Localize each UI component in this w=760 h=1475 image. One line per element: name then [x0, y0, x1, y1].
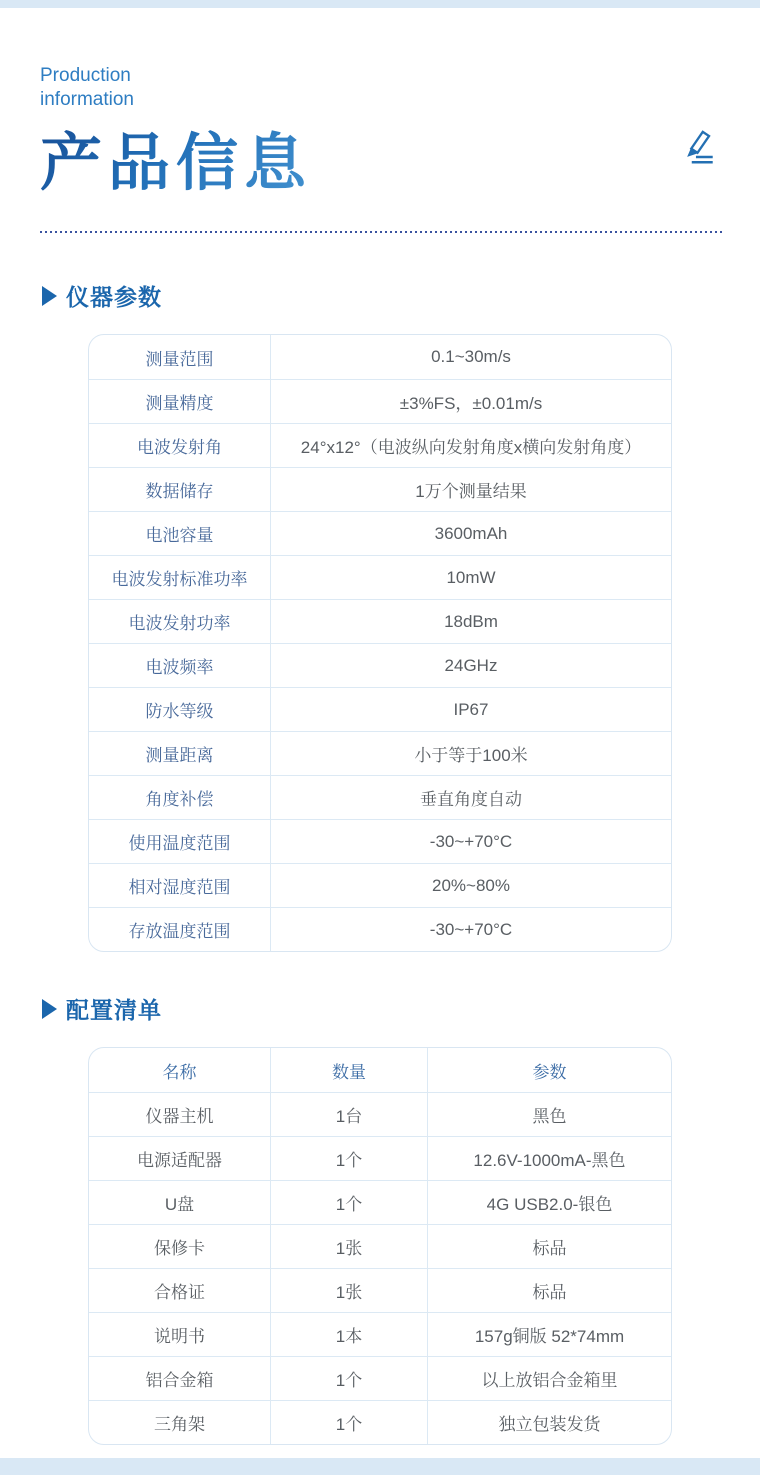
spec-label-cell: 数据储存 — [89, 468, 271, 511]
spec-value-cell: 1万个测量结果 — [271, 468, 671, 511]
config-param-cell: 157g铜版 52*74mm — [428, 1313, 671, 1356]
table-row: 电波发射标准功率10mW — [89, 555, 671, 599]
triangle-bullet-icon — [42, 286, 57, 306]
config-qty-cell: 1本 — [271, 1313, 428, 1356]
config-table-header-row: 名称 数量 参数 — [89, 1048, 671, 1092]
config-qty-cell: 1张 — [271, 1269, 428, 1312]
config-header-param: 参数 — [428, 1048, 671, 1092]
spec-label-cell: 测量范围 — [89, 335, 271, 379]
spec-label-cell: 电波发射角 — [89, 424, 271, 467]
config-qty-cell: 1张 — [271, 1225, 428, 1268]
table-row: 测量距离小于等于100米 — [89, 731, 671, 775]
config-name-cell: 说明书 — [89, 1313, 271, 1356]
spec-value-cell: 20%~80% — [271, 864, 671, 907]
spec-value-cell: ±3%FS，±0.01m/s — [271, 380, 671, 423]
table-row: 存放温度范围-30~+70°C — [89, 907, 671, 951]
config-qty-cell: 1个 — [271, 1357, 428, 1400]
spec-value-cell: 24GHz — [271, 644, 671, 687]
config-name-cell: 保修卡 — [89, 1225, 271, 1268]
table-row: 电池容量3600mAh — [89, 511, 671, 555]
spec-value-cell: 18dBm — [271, 600, 671, 643]
table-row: 电波频率24GHz — [89, 643, 671, 687]
config-param-cell: 4G USB2.0-银色 — [428, 1181, 671, 1224]
spec-label-cell: 电波频率 — [89, 644, 271, 687]
section-heading-config: 配置清单 — [42, 992, 720, 1025]
config-param-cell: 独立包装发货 — [428, 1401, 671, 1444]
table-row: 铝合金箱1个以上放铝合金箱里 — [89, 1356, 671, 1400]
config-name-cell: 铝合金箱 — [89, 1357, 271, 1400]
spec-value-cell: 3600mAh — [271, 512, 671, 555]
spec-value-cell: 24°x12°（电波纵向发射角度x横向发射角度） — [271, 424, 671, 467]
config-name-cell: 三角架 — [89, 1401, 271, 1444]
triangle-bullet-icon — [42, 999, 57, 1019]
table-row: 电波发射功率18dBm — [89, 599, 671, 643]
config-param-cell: 标品 — [428, 1225, 671, 1268]
section-heading-specs: 仪器参数 — [42, 279, 720, 312]
table-row: 使用温度范围-30~+70°C — [89, 819, 671, 863]
table-row: 说明书1本157g铜版 52*74mm — [89, 1312, 671, 1356]
spec-label-cell: 使用温度范围 — [89, 820, 271, 863]
config-header-qty: 数量 — [271, 1048, 428, 1092]
table-row: 防水等级IP67 — [89, 687, 671, 731]
spec-value-cell: 0.1~30m/s — [271, 335, 671, 379]
spec-value-cell: 小于等于100米 — [271, 732, 671, 775]
config-qty-cell: 1个 — [271, 1401, 428, 1444]
section-heading-label: 配置清单 — [66, 992, 162, 1025]
spec-label-cell: 电波发射功率 — [89, 600, 271, 643]
page-content: Production information 产品信息 仪器参数 测量范围0.1… — [0, 64, 760, 1445]
config-table: 名称 数量 参数 仪器主机1台黑色电源适配器1个12.6V-1000mA-黑色U… — [88, 1047, 672, 1445]
eyebrow-text: Production information — [40, 64, 720, 112]
dotted-divider — [40, 230, 722, 233]
spec-value-cell: IP67 — [271, 688, 671, 731]
table-row: 角度补偿垂直角度自动 — [89, 775, 671, 819]
spec-value-cell: -30~+70°C — [271, 908, 671, 951]
config-qty-cell: 1个 — [271, 1181, 428, 1224]
spec-label-cell: 测量距离 — [89, 732, 271, 775]
spec-label-cell: 相对湿度范围 — [89, 864, 271, 907]
spec-label-cell: 电池容量 — [89, 512, 271, 555]
config-param-cell: 以上放铝合金箱里 — [428, 1357, 671, 1400]
spec-table: 测量范围0.1~30m/s测量精度±3%FS，±0.01m/s电波发射角24°x… — [88, 334, 672, 952]
table-row: 保修卡1张标品 — [89, 1224, 671, 1268]
config-name-cell: 仪器主机 — [89, 1093, 271, 1136]
table-row: 三角架1个独立包装发货 — [89, 1400, 671, 1444]
spec-label-cell: 电波发射标准功率 — [89, 556, 271, 599]
pencil-edit-icon — [676, 124, 718, 168]
config-param-cell: 12.6V-1000mA-黑色 — [428, 1137, 671, 1180]
spec-value-cell: 10mW — [271, 556, 671, 599]
table-row: 电波发射角24°x12°（电波纵向发射角度x横向发射角度） — [89, 423, 671, 467]
config-param-cell: 标品 — [428, 1269, 671, 1312]
config-qty-cell: 1台 — [271, 1093, 428, 1136]
table-row: 电源适配器1个12.6V-1000mA-黑色 — [89, 1136, 671, 1180]
spec-label-cell: 角度补偿 — [89, 776, 271, 819]
top-accent-strip — [0, 0, 760, 8]
config-qty-cell: 1个 — [271, 1137, 428, 1180]
spec-value-cell: -30~+70°C — [271, 820, 671, 863]
spec-value-cell: 垂直角度自动 — [271, 776, 671, 819]
section-heading-label: 仪器参数 — [66, 279, 162, 312]
config-param-cell: 黑色 — [428, 1093, 671, 1136]
page-title: 产品信息 — [40, 126, 312, 200]
spec-label-cell: 测量精度 — [89, 380, 271, 423]
spec-label-cell: 防水等级 — [89, 688, 271, 731]
config-name-cell: 电源适配器 — [89, 1137, 271, 1180]
bottom-accent-strip — [0, 1458, 760, 1475]
table-row: 合格证1张标品 — [89, 1268, 671, 1312]
table-row: 仪器主机1台黑色 — [89, 1092, 671, 1136]
config-name-cell: 合格证 — [89, 1269, 271, 1312]
table-row: 数据储存1万个测量结果 — [89, 467, 671, 511]
spec-label-cell: 存放温度范围 — [89, 908, 271, 951]
config-name-cell: U盘 — [89, 1181, 271, 1224]
config-header-name: 名称 — [89, 1048, 271, 1092]
table-row: U盘1个4G USB2.0-银色 — [89, 1180, 671, 1224]
table-row: 测量范围0.1~30m/s — [89, 335, 671, 379]
table-row: 测量精度±3%FS，±0.01m/s — [89, 379, 671, 423]
table-row: 相对湿度范围20%~80% — [89, 863, 671, 907]
